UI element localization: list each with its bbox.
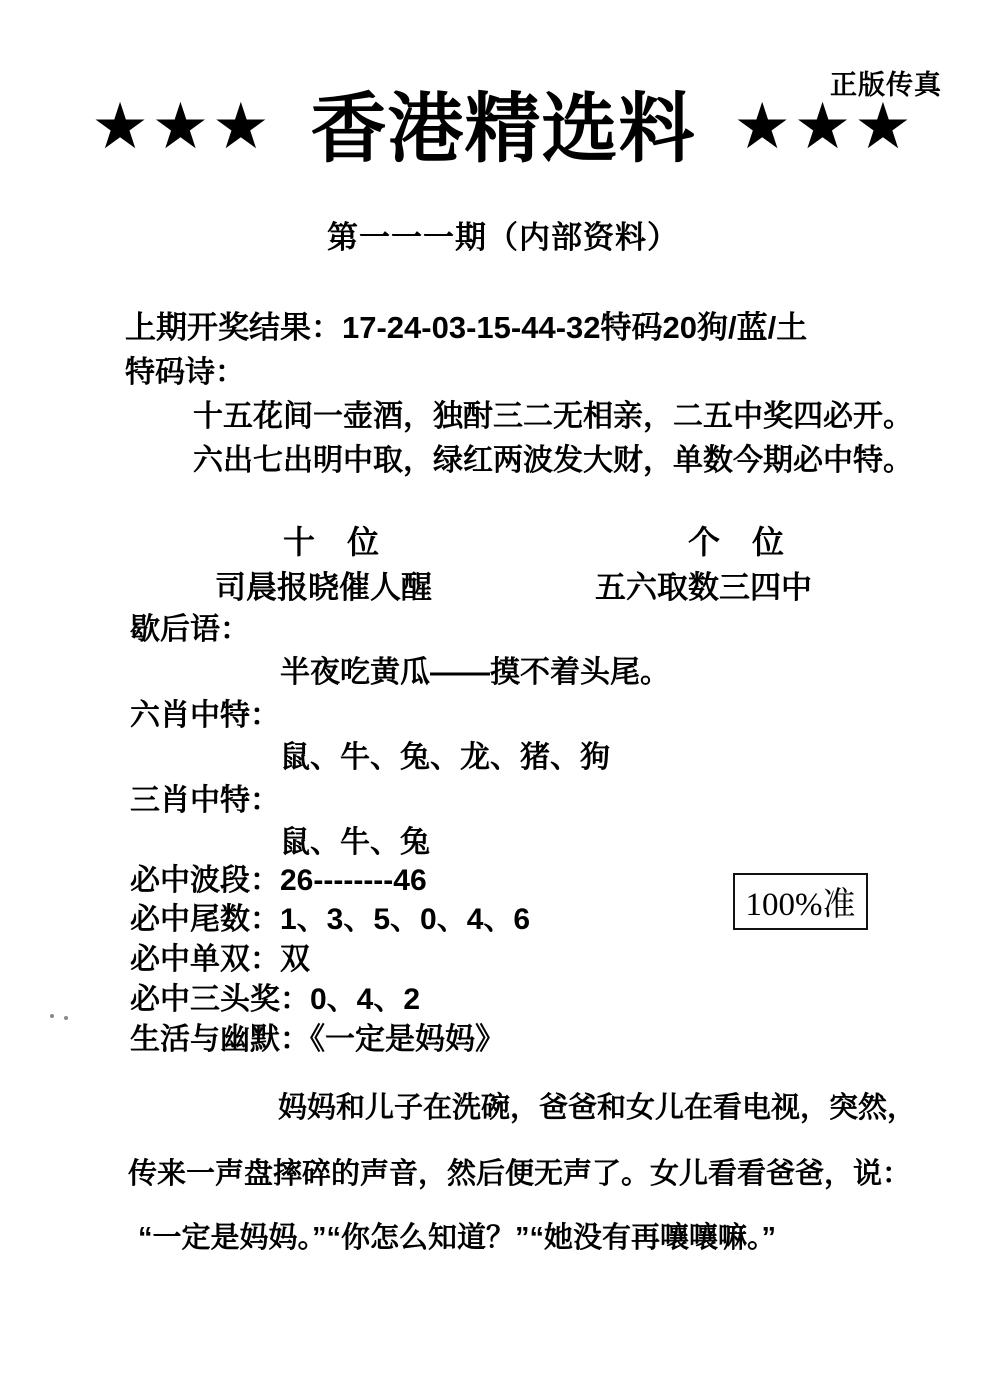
units-digit-verse: 五六取数三四中 [595,570,812,606]
page-title: 香港精选料 [311,92,696,168]
story-line-1: 妈妈和儿子在洗碗，爸爸和女儿在看电视，突然， [278,1092,916,1125]
title-row: ★★★ 香港精选料 ★★★ [0,92,1006,168]
stars-right-decoration: ★★★ [734,94,915,158]
odd-even-line: 必中单双：双 [130,943,310,978]
special-code-poem-label: 特码诗： [125,356,245,391]
last-draw-result-line: 上期开奖结果：17-24-03-15-44-32特码20狗/蓝/土 [125,310,807,346]
scan-noise-dot [64,1016,68,1020]
six-zodiac-values: 鼠、牛、兔、龙、猪、狗 [280,741,610,776]
stars-left-decoration: ★★★ [91,94,272,158]
poem-line-2: 六出七出明中取，绿红两波发大财，单数今期必中特。 [193,444,913,479]
story-line-3: “一定是妈妈。”“你怎么知道？”“她没有再嚷嚷嘛。” [138,1222,776,1255]
three-heads-line: 必中三头奖：0、4、2 [130,983,420,1018]
tail-numbers-line: 必中尾数：1、3、5、0、4、6 [130,903,530,938]
accuracy-badge-text: 100%准 [746,878,856,925]
units-digit-title: 个 位 [688,524,784,561]
xiehouyu-text: 半夜吃黄瓜——摸不着头尾。 [280,656,670,691]
tens-digit-title: 十 位 [283,524,379,561]
three-zodiac-label: 三肖中特： [130,784,280,819]
tens-digit-verse: 司晨报晓催人醒 [215,570,432,606]
story-line-2: 传来一声盘摔碎的声音，然后便无声了。女儿看看爸爸，说： [128,1158,911,1191]
accuracy-badge: 100%准 [733,873,868,930]
three-zodiac-values: 鼠、牛、兔 [280,826,430,861]
issue-number-line: 第一一一期（内部资料） [0,220,1006,256]
scan-noise-dot [50,1014,54,1018]
xiehouyu-label: 歇后语： [130,613,250,648]
poem-line-1: 十五花间一壶酒，独酎三二无相亲，二五中奖四必开。 [193,400,913,435]
six-zodiac-label: 六肖中特： [130,699,280,734]
wave-range-line: 必中波段：26--------46 [130,864,427,899]
fax-sheet-page: 正版传真 ★★★ 香港精选料 ★★★ 第一一一期（内部资料） 上期开奖结果：17… [0,0,1006,1388]
humor-title-line: 生活与幽默：《一定是妈妈》 [130,1023,505,1058]
